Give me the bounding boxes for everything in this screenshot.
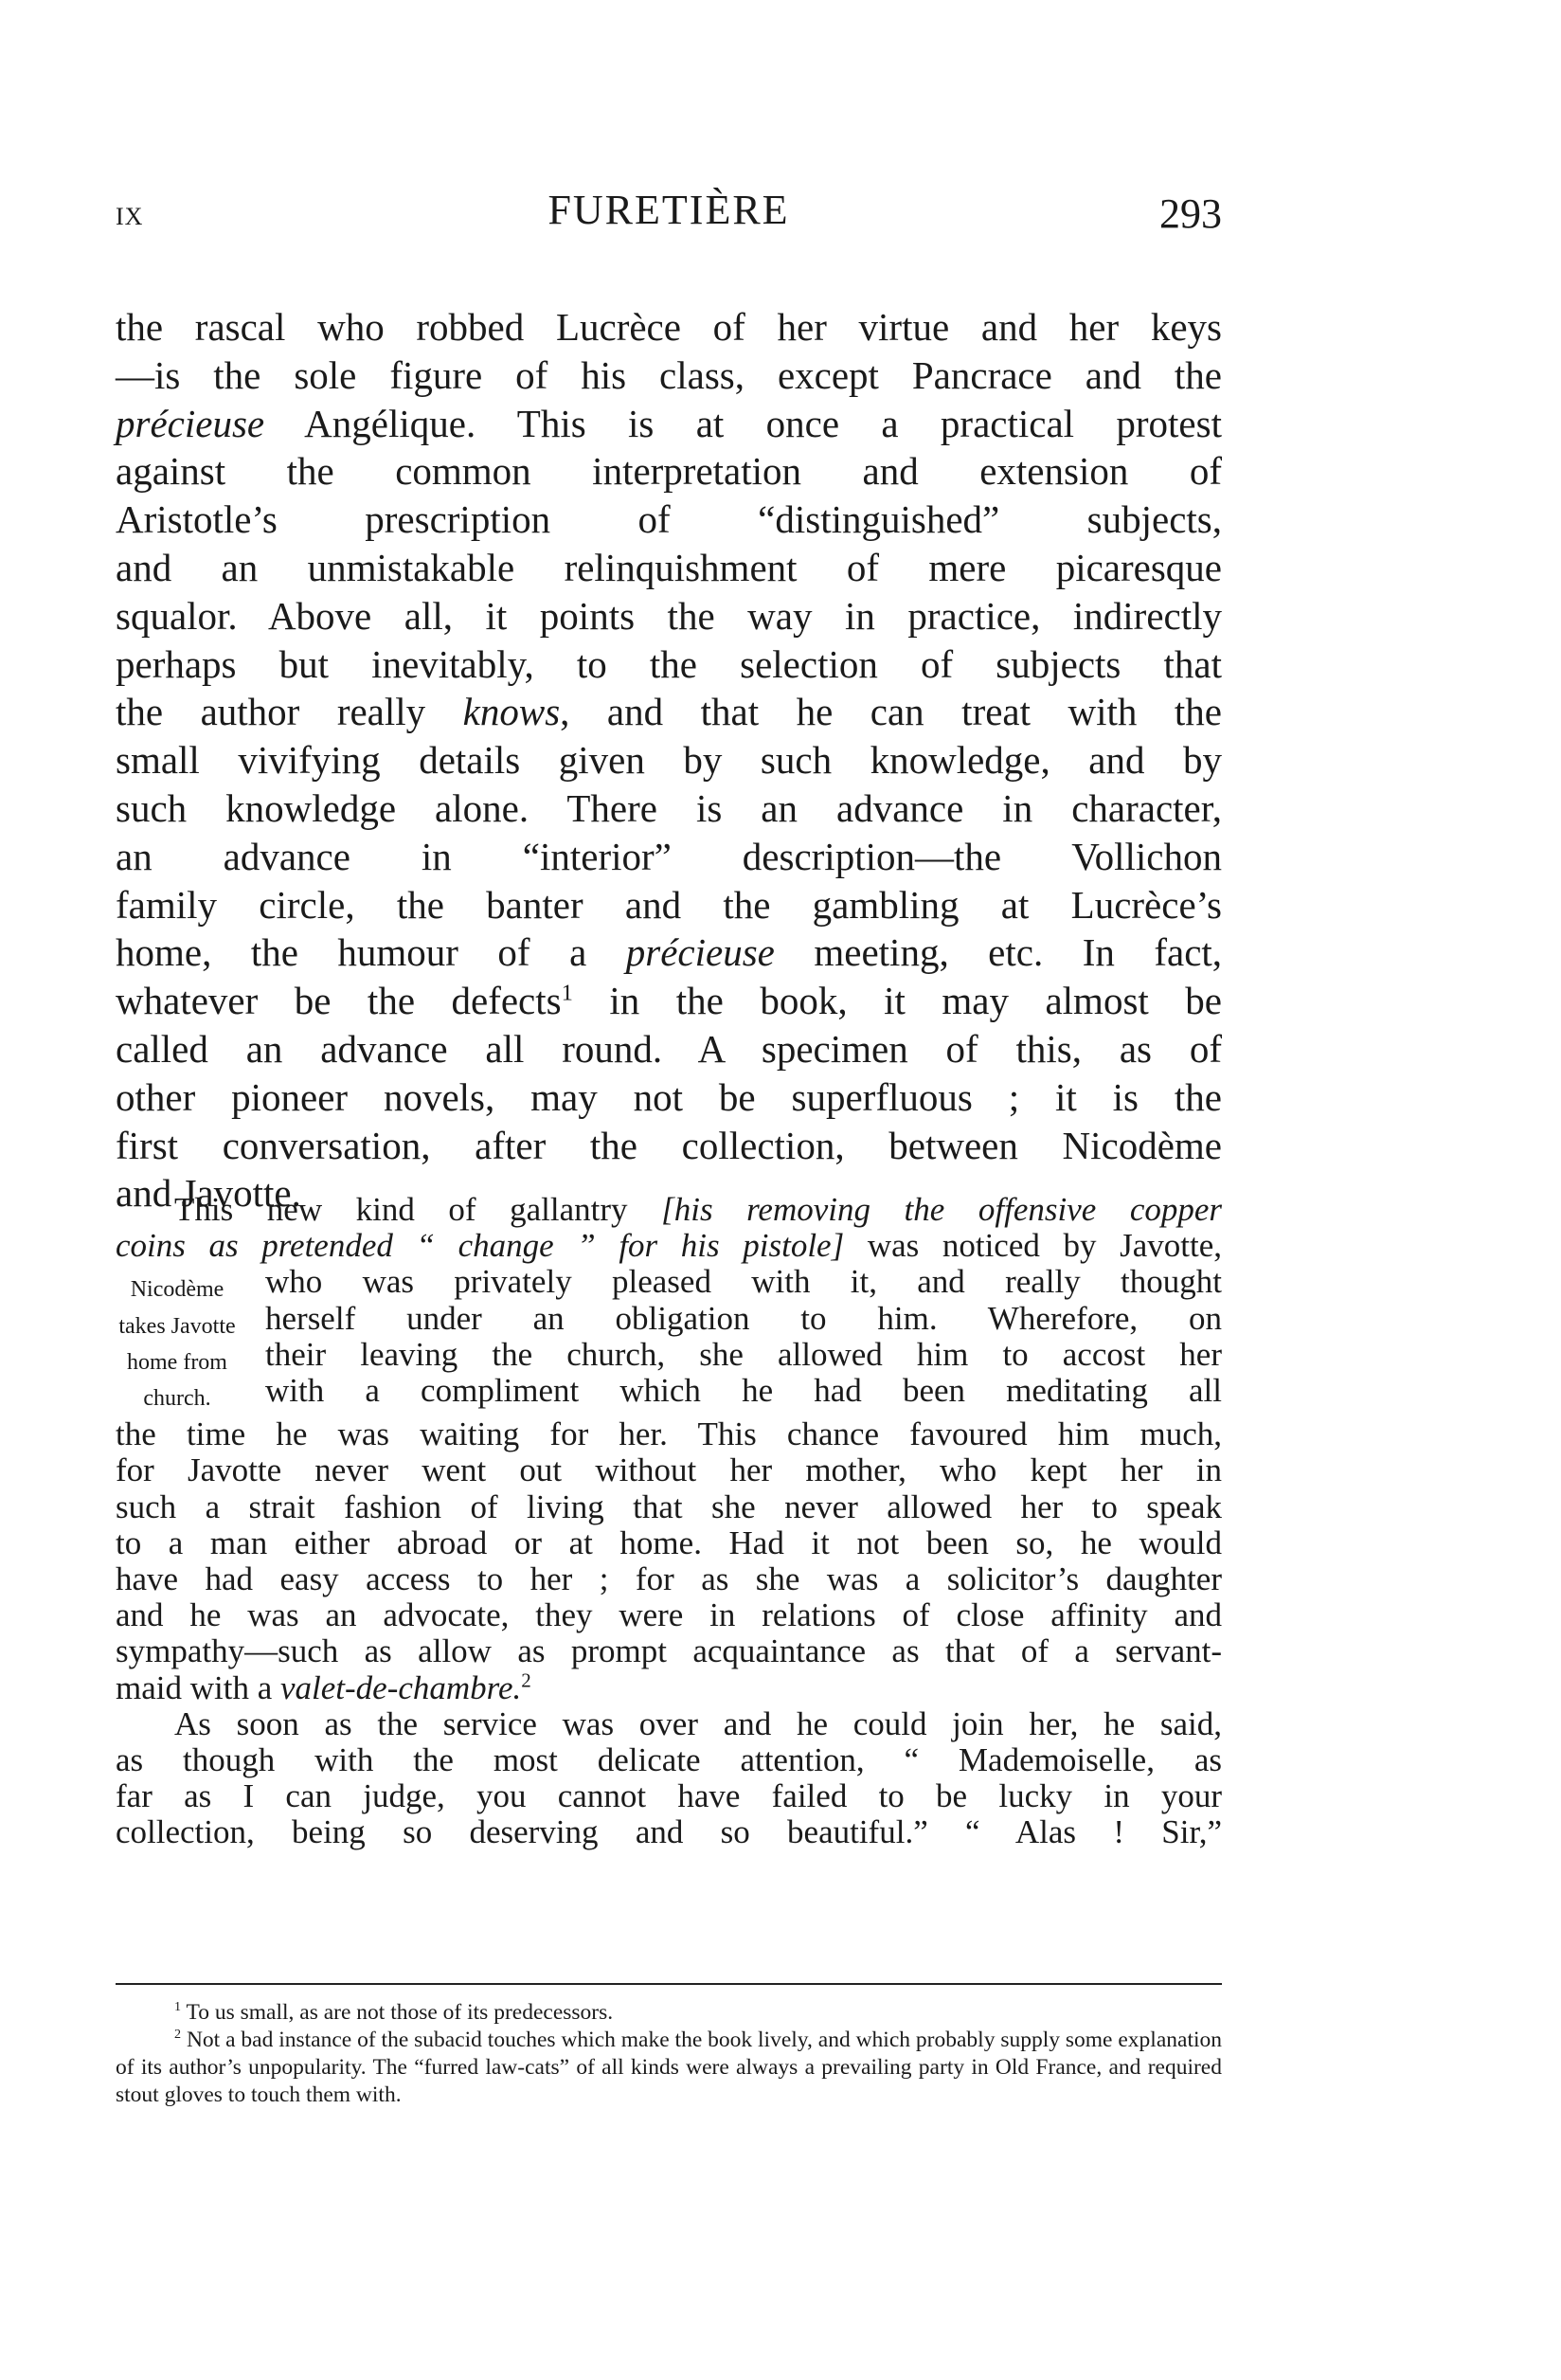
text-line: collection, being so deserving and so be… — [116, 1814, 1222, 1850]
italic-term: précieuse — [116, 402, 264, 445]
text-line: called an advance all round. A specimen … — [116, 1025, 1222, 1073]
footnote-2: 2 Not a bad instance of the subacid touc… — [116, 2027, 1222, 2109]
text-line: home, the humour of a précieuse meeting,… — [116, 929, 1222, 977]
page-number: 293 — [1159, 189, 1222, 238]
text-line: the author really knows, and that he can… — [116, 688, 1222, 736]
running-title: FURETIÈRE — [116, 186, 1222, 234]
text-line: far as I can judge, you cannot have fail… — [116, 1778, 1222, 1814]
text-line: for Javotte never went out without her m… — [116, 1452, 1222, 1488]
text-line: such a strait fashion of living that she… — [116, 1489, 1222, 1525]
italic-term: précieuse — [626, 930, 775, 974]
footnote-divider — [116, 1983, 1222, 1985]
text-line: herself under an obligation to him. Wher… — [265, 1301, 1222, 1337]
text-line: against the common interpretation and ex… — [116, 447, 1222, 496]
footnote-1: 1 To us small, as are not those of its p… — [116, 1999, 1222, 2027]
sidenote-block: Nicodème takes Javotte home from church.… — [116, 1264, 1222, 1416]
text-line: précieuse Angélique. This is at once a p… — [116, 400, 1222, 448]
text-line: As soon as the service was over and he c… — [116, 1706, 1222, 1742]
text-line: first conversation, after the collection… — [116, 1122, 1222, 1170]
running-head: IX FURETIÈRE 293 — [116, 186, 1222, 243]
text-line: to a man either abroad or at home. Had i… — [116, 1525, 1222, 1561]
text-line: perhaps but inevitably, to the selection… — [116, 640, 1222, 689]
text-line: the rascal who robbed Lucrèce of her vir… — [116, 303, 1222, 352]
text-line: family circle, the banter and the gambli… — [116, 881, 1222, 929]
text-line: such knowledge alone. There is an advanc… — [116, 784, 1222, 833]
text-line: whatever be the defects1 in the book, it… — [116, 977, 1222, 1025]
text-line: squalor. Above all, it points the way in… — [116, 592, 1222, 640]
text-line: small vivifying details given by such kn… — [116, 736, 1222, 784]
main-paragraph: the rascal who robbed Lucrèce of her vir… — [116, 303, 1222, 1217]
text-line: other pioneer novels, may not be superfl… — [116, 1073, 1222, 1122]
text-line: an advance in “interior” description—the… — [116, 833, 1222, 881]
footnote-ref-1[interactable]: 1 — [562, 981, 573, 1006]
text-line: and he was an advocate, they were in rel… — [116, 1597, 1222, 1633]
text-line: with a compliment which he had been medi… — [265, 1373, 1222, 1409]
text-line: their leaving the church, she allowed hi… — [265, 1337, 1222, 1373]
italic-term: knows — [463, 690, 561, 733]
quoted-extract: This new kind of gallantry [his removing… — [116, 1192, 1222, 1851]
text-line: sympathy—such as allow as prompt acquain… — [116, 1633, 1222, 1669]
text-line: —is the sole figure of his class, except… — [116, 352, 1222, 400]
text-line: have had easy access to her ; for as she… — [116, 1561, 1222, 1597]
text-line: This new kind of gallantry [his removing… — [116, 1192, 1222, 1228]
text-line: the time he was waiting for her. This ch… — [116, 1416, 1222, 1452]
marginal-note: Nicodème takes Javotte home from church. — [106, 1264, 248, 1416]
text-line: who was privately pleased with it, and r… — [265, 1264, 1222, 1300]
text-line: maid with a valet-de-chambre.2 — [116, 1670, 1222, 1706]
text-line: as though with the most delicate attenti… — [116, 1742, 1222, 1778]
footnote-ref-2[interactable]: 2 — [521, 1668, 531, 1691]
text-line: Aristotle’s prescription of “distinguish… — [116, 496, 1222, 544]
footnotes: 1 To us small, as are not those of its p… — [116, 1999, 1222, 2109]
text-line: coins as pretended “ change ” for his pi… — [116, 1228, 1222, 1264]
text-line: and an unmistakable relinquishment of me… — [116, 544, 1222, 592]
